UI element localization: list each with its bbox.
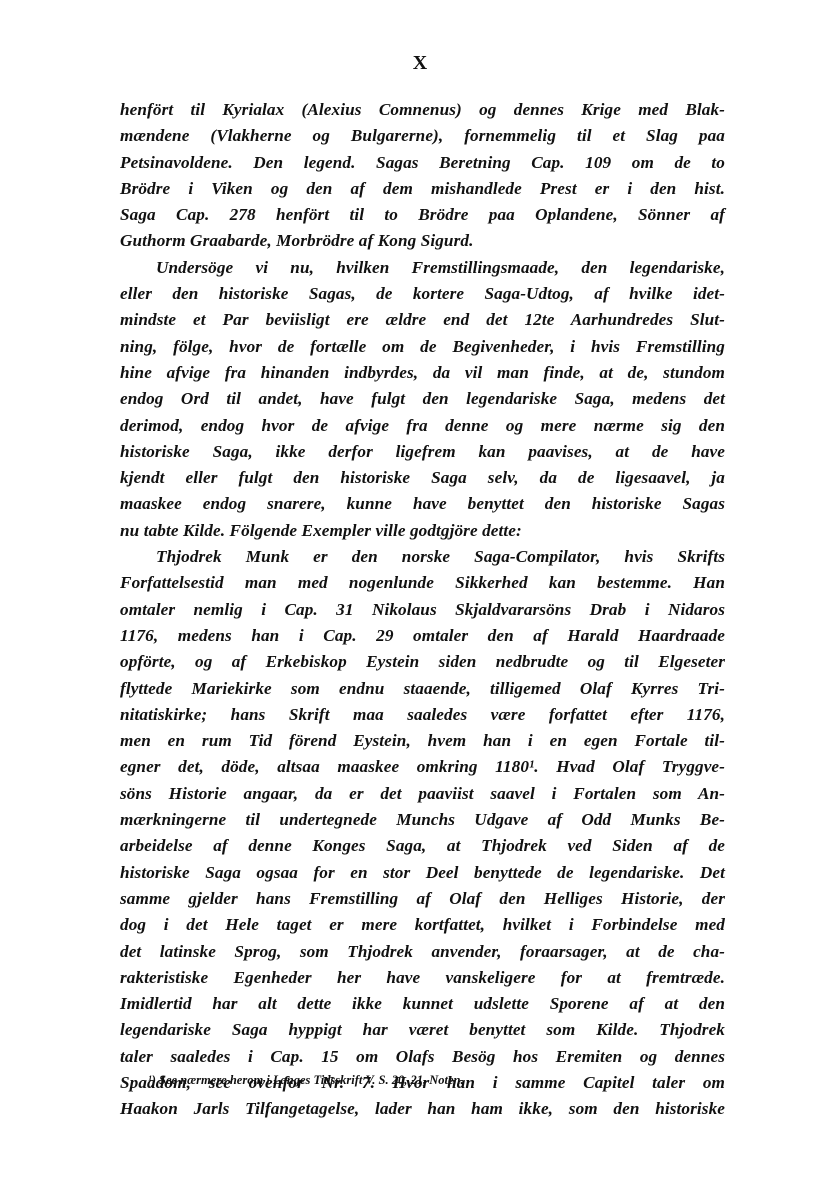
text-line: rakteristiske Egenheder her have vanskel… bbox=[120, 965, 725, 991]
text-line: Imidlertid har alt dette ikke kunnet uds… bbox=[120, 991, 725, 1017]
text-line: historiske Saga, ikke derfor ligefrem ka… bbox=[120, 439, 725, 465]
text-line: egner det, döde, altsaa maaskee omkring … bbox=[120, 754, 725, 780]
footnote: ¹) See nærmere herom i Langes Tidsskrift… bbox=[148, 1071, 708, 1089]
text-line: mindste et Par beviisligt ere ældre end … bbox=[120, 307, 725, 333]
text-line: omtaler nemlig i Cap. 31 Nikolaus Skjald… bbox=[120, 597, 725, 623]
text-line: flyttede Mariekirke som endnu staaende, … bbox=[120, 676, 725, 702]
text-line: endog Ord til andet, have fulgt den lege… bbox=[120, 386, 725, 412]
text-line: mændene (Vlakherne og Bulgarerne), forne… bbox=[120, 123, 725, 149]
text-line: Brödre i Viken og den af dem mishandlede… bbox=[120, 176, 725, 202]
text-line: hine afvige fra hinanden indbyrdes, da v… bbox=[120, 360, 725, 386]
text-line: 1176, medens han i Cap. 29 omtaler den a… bbox=[120, 623, 725, 649]
text-line: derimod, endog hvor de afvige fra denne … bbox=[120, 413, 725, 439]
text-line: det latinske Sprog, som Thjodrek anvende… bbox=[120, 939, 725, 965]
text-line: men en rum Tid förend Eystein, hvem han … bbox=[120, 728, 725, 754]
paragraph-start: Thjodrek Munk er den norske Saga-Compila… bbox=[120, 544, 725, 570]
text-line: maaskee endog snarere, kunne have benytt… bbox=[120, 491, 725, 517]
text-line: nu tabte Kilde. Fölgende Exempler ville … bbox=[120, 518, 725, 544]
text-line: opförte, og af Erkebiskop Eystein siden … bbox=[120, 649, 725, 675]
text-line: historiske Saga ogsaa for en stor Deel b… bbox=[120, 860, 725, 886]
text-line: dog i det Hele taget er mere kortfattet,… bbox=[120, 912, 725, 938]
text-line: Haakon Jarls Tilfangetagelse, lader han … bbox=[120, 1096, 725, 1122]
text-line: söns Historie angaar, da er det paaviist… bbox=[120, 781, 725, 807]
text-line: Forfattelsestid man med nogenlunde Sikke… bbox=[120, 570, 725, 596]
text-line: arbeidelse af denne Konges Saga, at Thjo… bbox=[120, 833, 725, 859]
text-line: Saga Cap. 278 henfört til to Brödre paa … bbox=[120, 202, 725, 228]
text-line: taler saaledes i Cap. 15 om Olafs Besög … bbox=[120, 1044, 725, 1070]
text-line: kjendt eller fulgt den historiske Saga s… bbox=[120, 465, 725, 491]
paragraph-start: Undersöge vi nu, hvilken Fremstillingsma… bbox=[120, 255, 725, 281]
text-line: Guthorm Graabarde, Morbrödre af Kong Sig… bbox=[120, 228, 725, 254]
text-line: Petsinavoldene. Den legend. Sagas Beretn… bbox=[120, 150, 725, 176]
text-line: henfört til Kyrialax (Alexius Comnenus) … bbox=[120, 97, 725, 123]
text-line: legendariske Saga hyppigt har været beny… bbox=[120, 1017, 725, 1043]
page-number: X bbox=[0, 52, 840, 75]
text-line: nitatiskirke; hans Skrift maa saaledes v… bbox=[120, 702, 725, 728]
text-line: samme gjelder hans Fremstilling af Olaf … bbox=[120, 886, 725, 912]
text-line: mærkningerne til undertegnede Munchs Udg… bbox=[120, 807, 725, 833]
text-line: eller den historiske Sagas, de kortere S… bbox=[120, 281, 725, 307]
book-page: X henfört til Kyrialax (Alexius Comnenus… bbox=[0, 0, 840, 1191]
text-line: ning, fölge, hvor de fortælle om de Begi… bbox=[120, 334, 725, 360]
body-text: henfört til Kyrialax (Alexius Comnenus) … bbox=[120, 97, 725, 1123]
